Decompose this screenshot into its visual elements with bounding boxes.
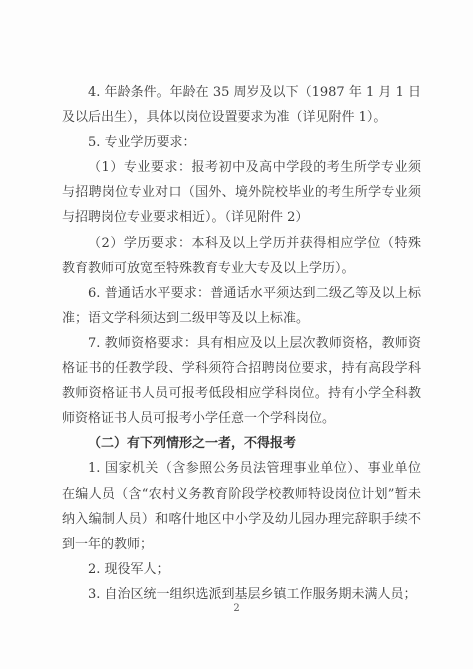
document-page: 4. 年龄条件。年龄在 35 周岁及以下（1987 年 1 月 1 日及以后出生…	[0, 0, 473, 669]
paragraph: 6. 普通话水平要求：普通话水平须达到二级乙等及以上标准；语文学科须达到二级甲等…	[62, 281, 421, 331]
paragraph: （二）有下列情形之一者，不得报考	[62, 431, 421, 456]
document-body: 4. 年龄条件。年龄在 35 周岁及以下（1987 年 1 月 1 日及以后出生…	[62, 80, 421, 607]
paragraph: 2. 现役军人；	[62, 557, 421, 582]
paragraph: （2）学历要求：本科及以上学历并获得相应学位（特殊教育教师可放宽至特殊教育专业大…	[62, 231, 421, 281]
paragraph: 4. 年龄条件。年龄在 35 周岁及以下（1987 年 1 月 1 日及以后出生…	[62, 80, 421, 130]
page-number: 2	[0, 603, 473, 614]
paragraph: 5. 专业学历要求：	[62, 130, 421, 155]
paragraph: （1）专业要求：报考初中及高中学段的考生所学专业须与招聘岗位专业对口（国外、境外…	[62, 155, 421, 230]
paragraph: 7. 教师资格要求：具有相应及以上层次教师资格，教师资格证书的任教学段、学科须符…	[62, 331, 421, 431]
paragraph: 1. 国家机关（含参照公务员法管理事业单位）、事业单位在编人员（含“农村义务教育…	[62, 456, 421, 556]
